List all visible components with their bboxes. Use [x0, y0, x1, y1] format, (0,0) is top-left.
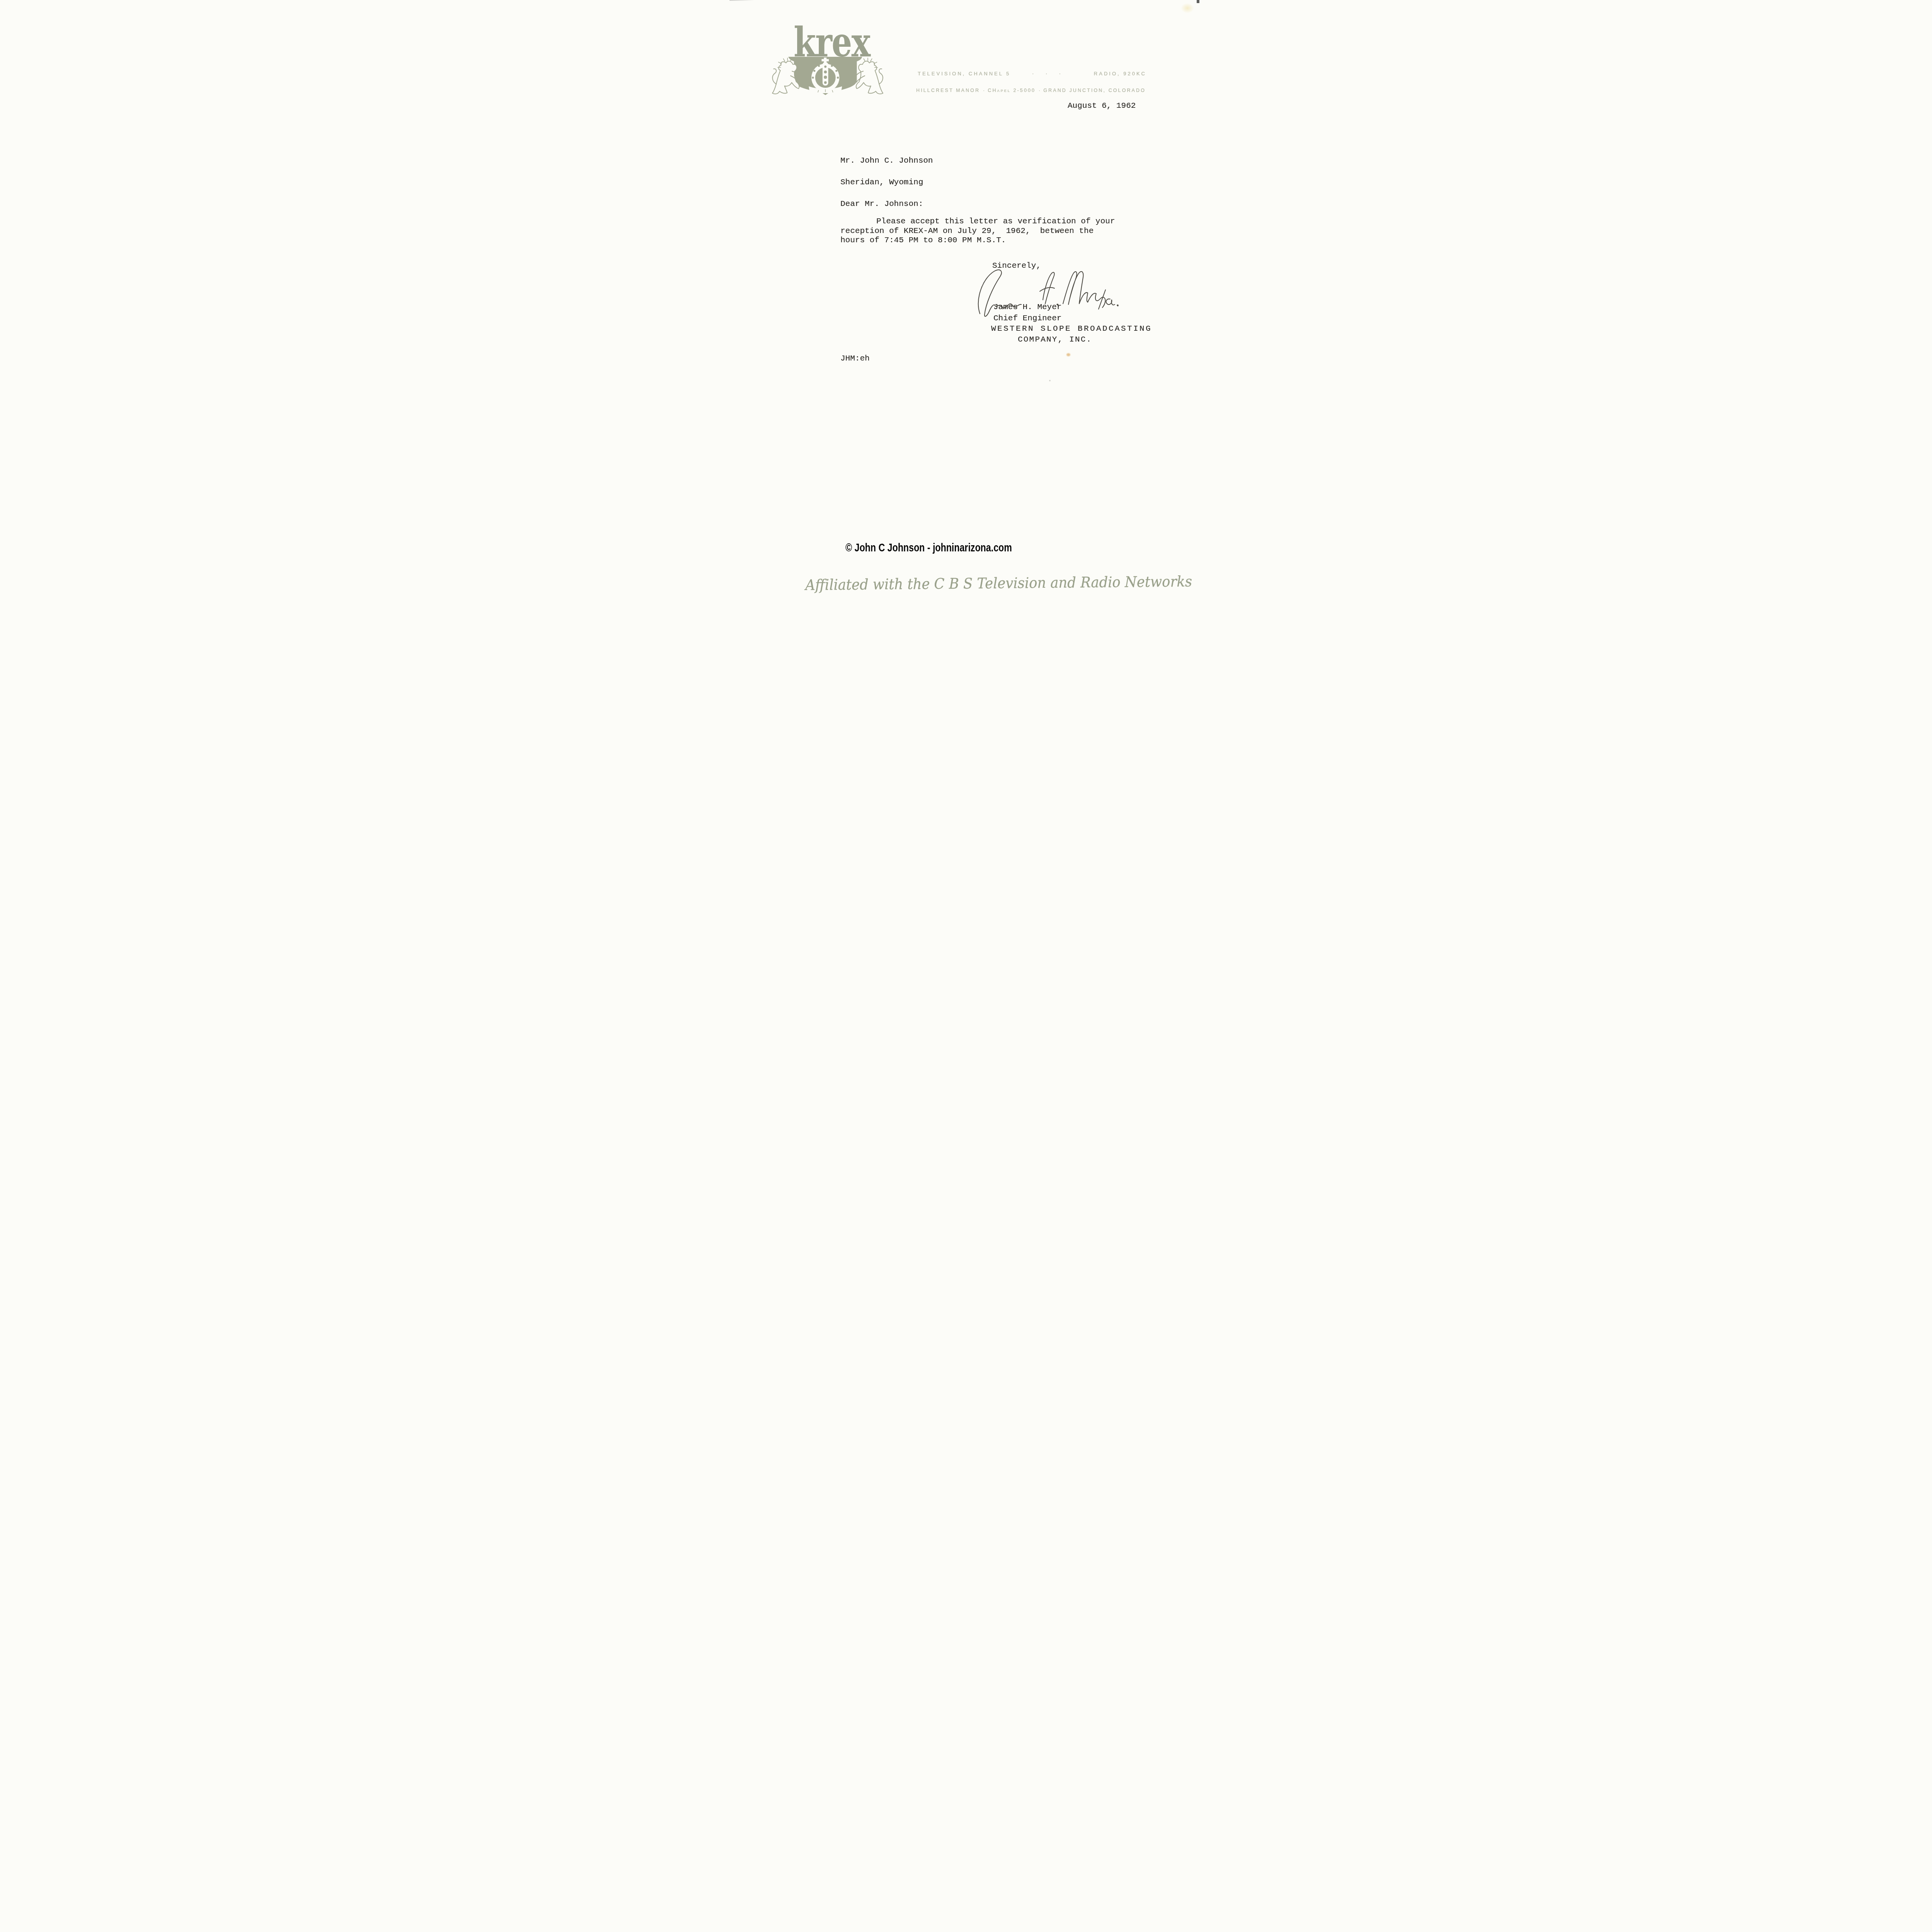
recipient-city: Sheridan, Wyoming	[840, 179, 923, 187]
body-line-3: hours of 7:45 PM to 8:00 PM M.S.T.	[840, 236, 1006, 245]
copyright-watermark: © John C Johnson - johninarizona.com	[845, 543, 1012, 554]
krex-crest-logo	[771, 56, 884, 95]
letter-date: August 6, 1962	[1068, 102, 1136, 110]
recipient-name: Mr. John C. Johnson	[840, 157, 933, 165]
reference-initials: JHM:eh	[840, 355, 870, 363]
body-line-1: Please accept this letter as verificatio…	[876, 218, 1115, 226]
lion-right-icon	[855, 58, 883, 94]
salutation: Dear Mr. Johnson:	[840, 200, 923, 208]
signer-title: Chief Engineer	[993, 315, 1061, 323]
letterhead-city-state: GRAND JUNCTION, COLORADO	[1043, 88, 1146, 93]
paper-blemish-spot	[1066, 353, 1070, 356]
signer-name: James H. Meyer	[993, 303, 1061, 311]
paper-speck	[1049, 380, 1051, 381]
letterhead-line1: TELEVISION, CHANNEL 5 ··· RADIO, 920KC	[918, 70, 1146, 77]
cbs-affiliation-script: Affiliated with the C B S Television and…	[805, 574, 1192, 593]
letterhead-television-channel: TELEVISION, CHANNEL 5	[918, 71, 1010, 77]
letterhead-radio-frequency: RADIO, 920KC	[1094, 71, 1146, 77]
letterhead-phone: CHapel 2-5000	[988, 88, 1036, 93]
body-line-2: reception of KREX-AM on July 29, 1962, b…	[840, 227, 1094, 235]
paper-stain	[1181, 3, 1194, 13]
scanned-letter-page: krex	[730, 0, 1202, 612]
scan-edge-shadow	[730, 0, 754, 1]
scan-edge-mark	[1197, 0, 1199, 3]
separator-dots: ···	[1032, 70, 1072, 77]
company-name-line2: COMPANY, INC.	[1018, 336, 1092, 344]
separator-dot: ·	[1039, 88, 1040, 93]
separator-dot: ·	[983, 88, 985, 93]
company-name-line1: WESTERN SLOPE BROADCASTING	[991, 325, 1152, 333]
letterhead-line2: HILLCREST MANOR · CHapel 2-5000 · GRAND …	[916, 88, 1146, 93]
letterhead-address: HILLCREST MANOR	[916, 88, 980, 93]
